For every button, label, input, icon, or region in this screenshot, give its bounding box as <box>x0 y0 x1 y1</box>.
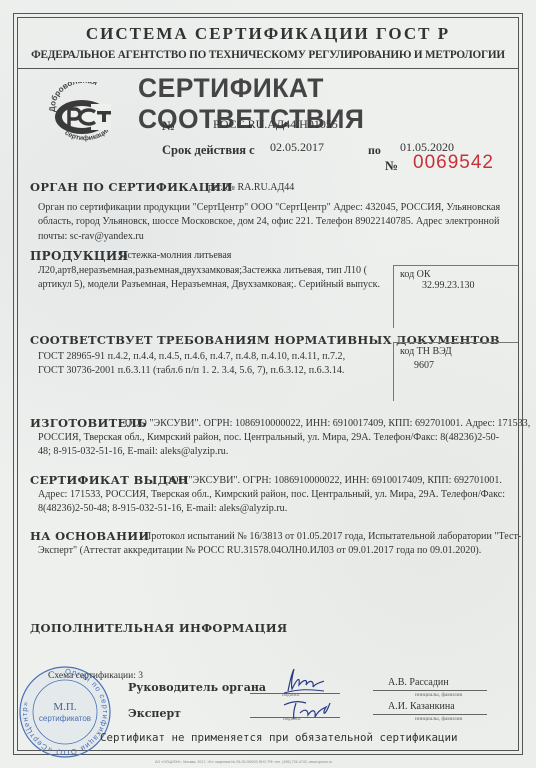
system-title: СИСТЕМА СЕРТИФИКАЦИИ ГОСТ Р <box>17 24 519 44</box>
additional-info-heading: ДОПОЛНИТЕЛЬНАЯ ИНФОРМАЦИЯ <box>30 621 287 635</box>
name-caption: инициалы, фамилия <box>415 716 462 722</box>
conformity-line: ГОСТ 28965-91 п.4.2, п.4.4, п.4.5, п.4.6… <box>38 350 393 364</box>
svg-text:М.П.: М.П. <box>53 701 76 713</box>
organ-details: Орган по сертификации продукции "СертЦен… <box>38 201 503 244</box>
head-of-body-label: Руководитель органа <box>128 681 266 694</box>
organ-heading: ОРГАН ПО СЕРТИФИКАЦИИ <box>30 180 232 194</box>
manufacturer-line1: ООО "ЭКСУВИ". ОГРН: 1086910000022, ИНН: … <box>125 417 525 431</box>
organ-reg-number: рег. № RA.RU.АД44 <box>208 181 294 195</box>
product-name: Застежка-молния литьевая <box>118 249 231 263</box>
rst-logo-icon: Добровольная сертификация <box>45 82 123 148</box>
head-signature-icon <box>280 667 330 695</box>
expert-name: А.И. Казанкина <box>388 700 455 714</box>
serial-number: 0069542 <box>413 152 494 174</box>
validity-label: Срок действия с <box>162 143 255 158</box>
valid-from: 02.05.2017 <box>270 140 324 155</box>
valid-to-label: по <box>368 143 381 158</box>
name-caption: инициалы, фамилия <box>415 692 462 698</box>
basis-line2: Эксперт" (Аттестат аккредитации № РОСС R… <box>38 544 508 558</box>
serial-label: № <box>385 158 398 174</box>
product-details: Л20,арт8,неразъемная,разъемная,двухзамко… <box>38 264 393 293</box>
number-label: № <box>162 118 175 134</box>
code-tnved-box: код ТН ВЭД 9607 <box>393 342 518 401</box>
printer-imprint: АО «ОПЦИОН», Москва, 2017, «Б» лицензия … <box>155 760 332 764</box>
conformity-docs: ГОСТ 28965-91 п.4.2, п.4.4, п.4.5, п.4.6… <box>38 350 393 379</box>
footer-note: Сертификат не применяется при обязательн… <box>100 731 458 744</box>
agency-name: ФЕДЕРАЛЬНОЕ АГЕНТСТВО ПО ТЕХНИЧЕСКОМУ РЕ… <box>17 49 519 61</box>
svg-text:сертификатов: сертификатов <box>39 714 91 723</box>
code-ok-value: 32.99.23.130 <box>422 280 475 291</box>
code-tnved-label: код ТН ВЭД <box>400 346 452 357</box>
product-heading: ПРОДУКЦИЯ <box>30 249 128 263</box>
head-name: А.В. Рассадин <box>388 676 449 690</box>
expert-label: Эксперт <box>128 707 181 720</box>
code-ok-label: код ОК <box>400 269 431 280</box>
expert-signature-icon <box>278 697 336 723</box>
code-ok-box: код ОК 32.99.23.130 <box>393 265 518 328</box>
code-tnved-value: 9607 <box>414 360 434 371</box>
basis-heading: НА ОСНОВАНИИ <box>30 529 150 543</box>
basis-line1: Протокол испытаний № 16/3813 от 01.05.20… <box>144 530 521 544</box>
issued-details: Адрес: 171533, РОССИЯ, Тверская обл., Ки… <box>38 488 508 517</box>
conformity-line: ГОСТ 30736-2001 п.6.3.11 (табл.6 п/п 1. … <box>38 364 393 378</box>
certificate-number: РОСС RU.АД44.Н01055 <box>213 117 338 132</box>
issued-line1: ООО "ЭКСУВИ". ОГРН: 1086910000022, ИНН: … <box>164 474 502 488</box>
header-divider <box>17 68 519 69</box>
manufacturer-details: РОССИЯ, Тверская обл., Кимрский район, п… <box>38 431 508 460</box>
